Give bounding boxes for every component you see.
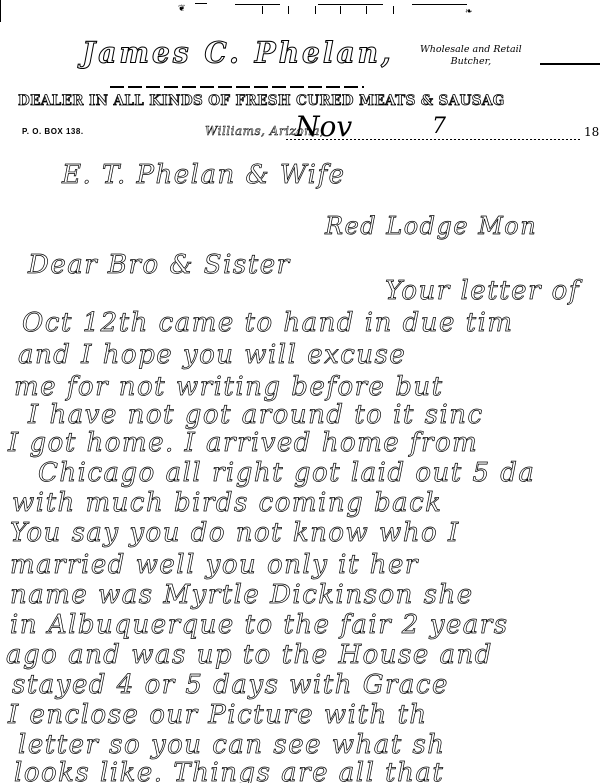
letter-line: Chicago all right got laid out 5 da bbox=[38, 458, 535, 488]
dealer-banner: DEALER IN ALL KINDS OF FRESH CURED MEATS… bbox=[18, 93, 505, 109]
ornament-tick bbox=[366, 6, 367, 14]
year-prefix: 189 bbox=[584, 125, 600, 139]
letter-line: I got home. I arrived home from bbox=[8, 428, 478, 458]
date-month: Nov bbox=[295, 110, 352, 143]
letter-line: You say you do not know who I bbox=[10, 518, 460, 548]
letter-line: letter so you can see what sh bbox=[18, 730, 446, 760]
trade-rule bbox=[540, 63, 600, 65]
letter-line: stayed 4 or 5 days with Grace bbox=[12, 670, 449, 700]
ornament-tick bbox=[262, 6, 263, 14]
salutation: Dear Bro & Sister bbox=[28, 250, 291, 280]
ornament-tick bbox=[340, 6, 341, 14]
ornament-rule bbox=[195, 3, 207, 4]
ornament-rule bbox=[235, 4, 280, 5]
letter-line: with much birds coming back bbox=[12, 488, 442, 518]
letterhead-ornament-row: ❦ ❧ bbox=[0, 0, 600, 22]
letter-line: I enclose our Picture with th bbox=[8, 700, 428, 730]
letterhead-name: James C. Phelan, bbox=[82, 35, 394, 70]
ornament-rule bbox=[318, 4, 383, 5]
letter-line: I have not got around to it sinc bbox=[28, 400, 484, 430]
letter-line: name was Myrtle Dickinson she bbox=[10, 580, 474, 610]
letter-line: Your letter of bbox=[385, 276, 580, 306]
ornament-rule bbox=[412, 4, 467, 5]
letterhead-trade: Wholesale and Retail Butcher, bbox=[420, 44, 522, 68]
addressee-location: Red Lodge Mon bbox=[325, 212, 537, 240]
ornament-tick bbox=[393, 6, 394, 14]
letter-line: married well you only it her bbox=[10, 550, 419, 580]
letterhead-name-underline bbox=[110, 86, 364, 88]
trade-line-1: Wholesale and Retail bbox=[420, 44, 522, 55]
letter-line: Oct 12th came to hand in due tim bbox=[22, 308, 514, 338]
letter-line: me for not writing before but bbox=[14, 372, 444, 402]
ornament-tick bbox=[315, 6, 316, 14]
date-day: 7 bbox=[432, 114, 446, 139]
letter-line: ago and was up to the House and bbox=[6, 640, 493, 670]
ornament-tick bbox=[288, 6, 289, 14]
scan-edge-mark bbox=[0, 0, 1, 22]
letter-line: looks like. Things are all that bbox=[14, 758, 444, 783]
letter-line: in Albuquerque to the fair 2 years bbox=[10, 610, 509, 640]
fleuron-right-icon: ❧ bbox=[465, 8, 473, 17]
letter-line: and I hope you will excuse bbox=[18, 340, 406, 370]
po-box: P. O. BOX 138. bbox=[22, 127, 84, 136]
addressee: E. T. Phelan & Wife bbox=[62, 160, 346, 190]
trade-line-2: Butcher, bbox=[420, 56, 522, 68]
fleuron-left-icon: ❦ bbox=[178, 5, 186, 14]
